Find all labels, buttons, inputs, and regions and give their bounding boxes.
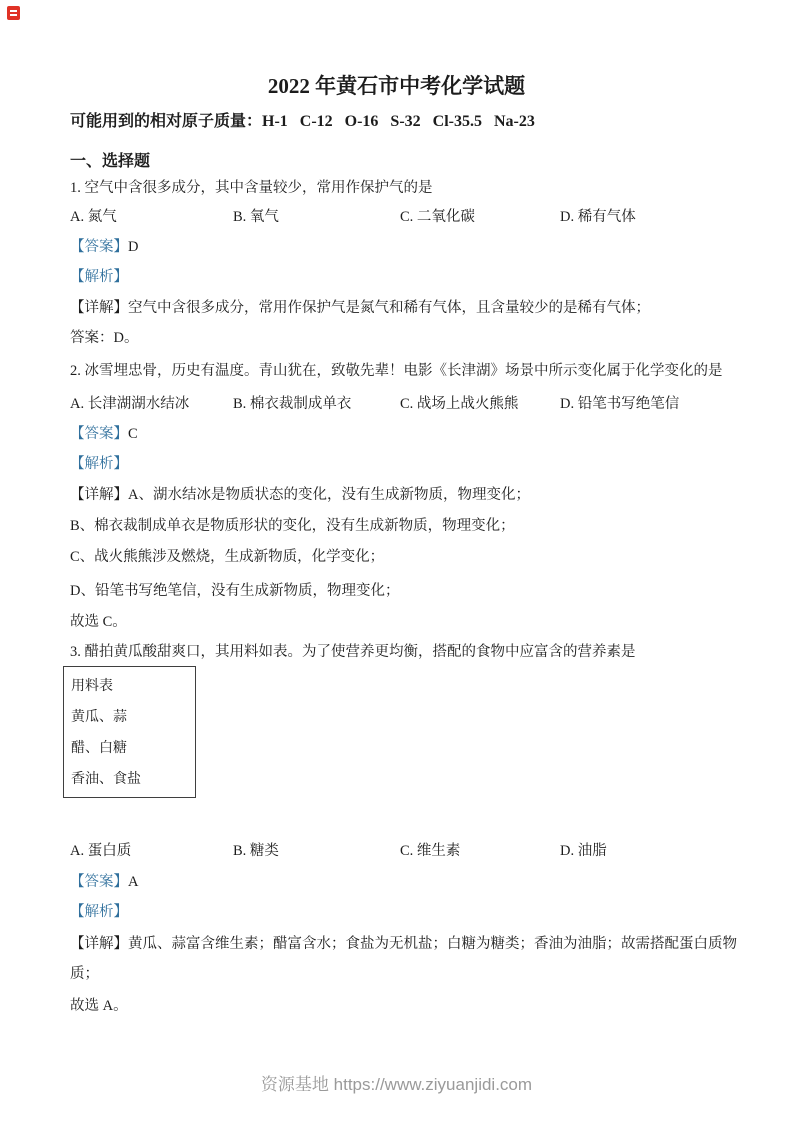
section-heading: 一、选择题: [70, 152, 150, 172]
table-row: 香油、食盐: [71, 771, 141, 789]
option-d: D. 铅笔书写绝笔信: [560, 395, 679, 414]
option-a: A. 氮气: [70, 208, 117, 227]
question-2-conclusion: 故选 C。: [70, 613, 127, 632]
page-title: 2022 年黄石市中考化学试题: [0, 74, 793, 98]
option-c: C. 战场上战火熊熊: [400, 395, 518, 414]
question-3-detail-wrap: 质；: [70, 965, 99, 984]
question-2-detail-d: D、铅笔书写绝笔信，没有生成新物质，物理变化；: [70, 582, 399, 601]
answer-label: 【答案】: [70, 239, 128, 255]
question-1-answer-line: 【答案】D: [70, 238, 138, 257]
option-b: B. 糖类: [233, 842, 279, 861]
question-3-answer-line: 【答案】A: [70, 873, 138, 892]
question-2-answer-line: 【答案】C: [70, 425, 138, 444]
option-b: B. 棉衣裁制成单衣: [233, 395, 351, 414]
option-d: D. 稀有气体: [560, 208, 636, 227]
option-a: A. 长津湖湖水结冰: [70, 395, 189, 414]
atomic-mass-note: 可能用到的相对原子质量：H-1 C-12 O-16 S-32 Cl-35.5 N…: [70, 112, 535, 132]
answer-value: D: [128, 239, 138, 255]
footer-link[interactable]: 资源基地 https://www.ziyuanjidi.com: [0, 1070, 793, 1095]
table-row: 用料表: [71, 678, 113, 696]
table-row: 醋、白糖: [71, 740, 127, 758]
answer-value: A: [128, 874, 138, 890]
question-2-detail-b: B、棉衣裁制成单衣是物质形状的变化，没有生成新物质，物理变化；: [70, 517, 515, 536]
question-1-analysis-label: 【解析】: [70, 268, 128, 287]
question-2-stem: 2. 冰雪埋忠骨，历史有温度。青山犹在，致敬先辈！电影《长津湖》场景中所示变化属…: [70, 362, 723, 381]
question-1-detail: 【详解】空气中含很多成分，常用作保护气是氮气和稀有气体，且含量较少的是稀有气体；: [70, 299, 650, 318]
question-3-conclusion: 故选 A。: [70, 997, 128, 1016]
question-1-stem: 1. 空气中含很多成分，其中含量较少，常用作保护气的是: [70, 179, 433, 198]
question-3-stem: 3. 醋拍黄瓜酸甜爽口，其用料如表。为了使营养更均衡，搭配的食物中应富含的营养素…: [70, 643, 636, 662]
question-2-detail-c: C、战火熊熊涉及燃烧，生成新物质，化学变化；: [70, 548, 384, 567]
question-3-options: A. 蛋白质 B. 糖类 C. 维生素 D. 油脂: [70, 842, 750, 862]
question-2-options: A. 长津湖湖水结冰 B. 棉衣裁制成单衣 C. 战场上战火熊熊 D. 铅笔书写…: [70, 395, 750, 415]
question-3-detail: 【详解】黄瓜、蒜富含维生素；醋富含水；食盐为无机盐；白糖为糖类；香油为油脂；故需…: [70, 935, 737, 954]
answer-label: 【答案】: [70, 426, 128, 442]
option-c: C. 二氧化碳: [400, 208, 475, 227]
question-1-conclusion: 答案：D。: [70, 329, 138, 348]
question-2-analysis-label: 【解析】: [70, 455, 128, 474]
exam-paper-page: 2022 年黄石市中考化学试题 可能用到的相对原子质量：H-1 C-12 O-1…: [0, 0, 793, 1122]
option-a: A. 蛋白质: [70, 842, 131, 861]
answer-label: 【答案】: [70, 874, 128, 890]
option-c: C. 维生素: [400, 842, 460, 861]
question-2-detail-a: 【详解】A、湖水结冰是物质状态的变化，没有生成新物质，物理变化；: [70, 486, 530, 505]
ingredients-table: 用料表 黄瓜、蒜 醋、白糖 香油、食盐: [63, 666, 196, 798]
answer-value: C: [128, 426, 138, 442]
option-d: D. 油脂: [560, 842, 607, 861]
option-b: B. 氧气: [233, 208, 279, 227]
question-3-analysis-label: 【解析】: [70, 903, 128, 922]
table-row: 黄瓜、蒜: [71, 709, 127, 727]
question-1-options: A. 氮气 B. 氧气 C. 二氧化碳 D. 稀有气体: [70, 208, 750, 228]
site-logo-icon: [7, 6, 20, 20]
